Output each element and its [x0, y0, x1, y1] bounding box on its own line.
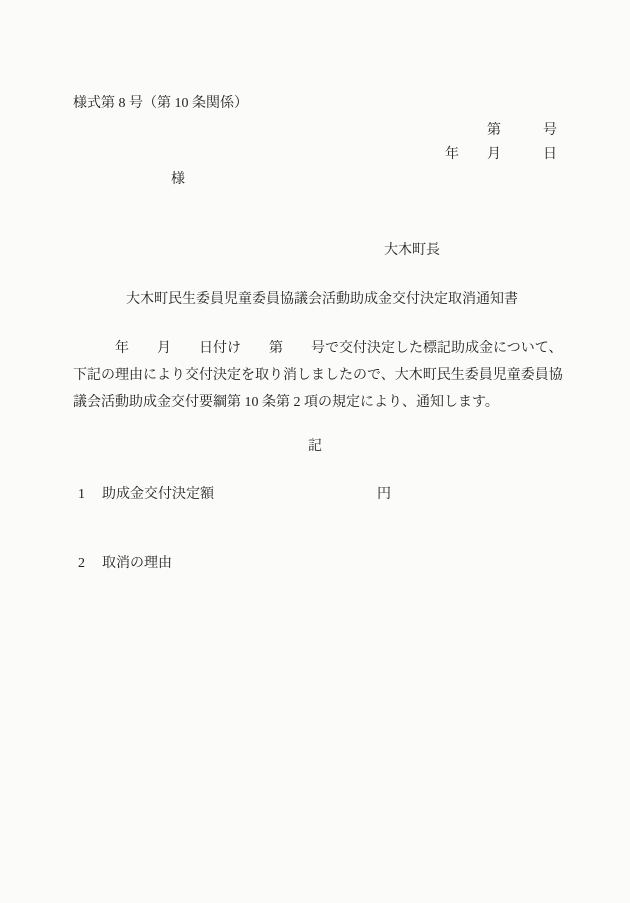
item-1-unit: 円: [377, 487, 391, 503]
document-page: 様式第 8 号（第 10 条関係） 第 号 年 月 日 様 大木町長 大木町民生…: [0, 0, 630, 903]
item-1-number: 1: [78, 487, 85, 503]
item-1-label: 助成金交付決定額: [102, 487, 214, 503]
document-title: 大木町民生委員児童委員協議会活動助成金交付決定取消通知書: [0, 292, 630, 308]
document-number-line: 第 号: [487, 123, 557, 139]
body-line-1: 年 月 日付け 第 号で交付決定した標記助成金について、: [73, 341, 562, 357]
addressee-honorific: 様: [171, 172, 185, 188]
sender-title: 大木町長: [384, 243, 440, 259]
item-2-label: 取消の理由: [102, 556, 172, 572]
date-line: 年 月 日: [445, 147, 557, 163]
form-number: 様式第 8 号（第 10 条関係）: [73, 96, 248, 112]
record-marker: 記: [0, 439, 630, 455]
body-line-2: 下記の理由により交付決定を取り消しましたので、大木町民生委員児童委員協: [73, 368, 563, 384]
item-2-number: 2: [78, 556, 85, 572]
body-line-3: 議会活動助成金交付要綱第 10 条第 2 項の規定により、通知します。: [73, 395, 499, 411]
